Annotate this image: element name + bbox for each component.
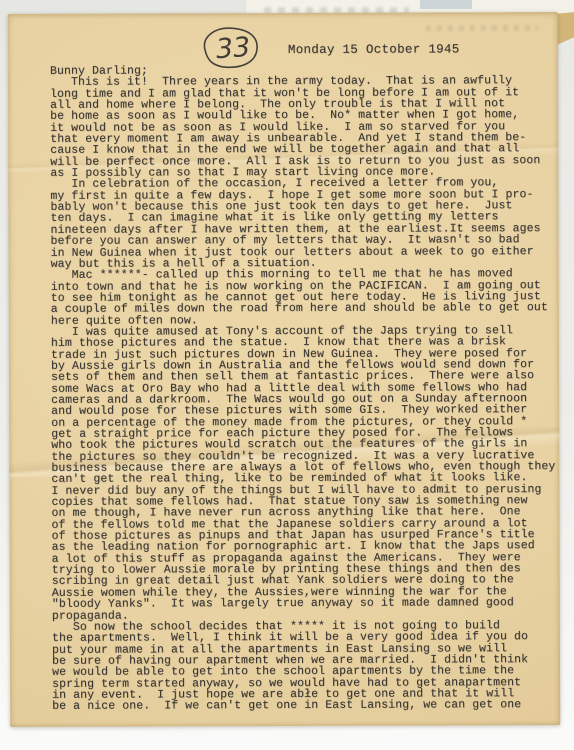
typed-line: a couple of miles down the road from her… — [51, 302, 555, 315]
typed-line: "bloody Yanks". It was largely true anyw… — [52, 597, 556, 610]
letter-body: Bunny Darling; This is it! Three years i… — [50, 64, 556, 712]
typed-line: be a nice one. If we can't get one in Ea… — [52, 699, 556, 712]
letter-page: 33 Monday 15 October 1945 Bunny Darling;… — [8, 12, 560, 727]
scan-background: 33 Monday 15 October 1945 Bunny Darling;… — [0, 0, 574, 750]
page-number-circle: 33 — [198, 23, 264, 71]
scanner-artifact — [420, 0, 472, 9]
pencil-smudge — [426, 25, 538, 31]
page-number: 33 — [215, 32, 252, 65]
date-line: Monday 15 October 1945 — [288, 42, 460, 57]
